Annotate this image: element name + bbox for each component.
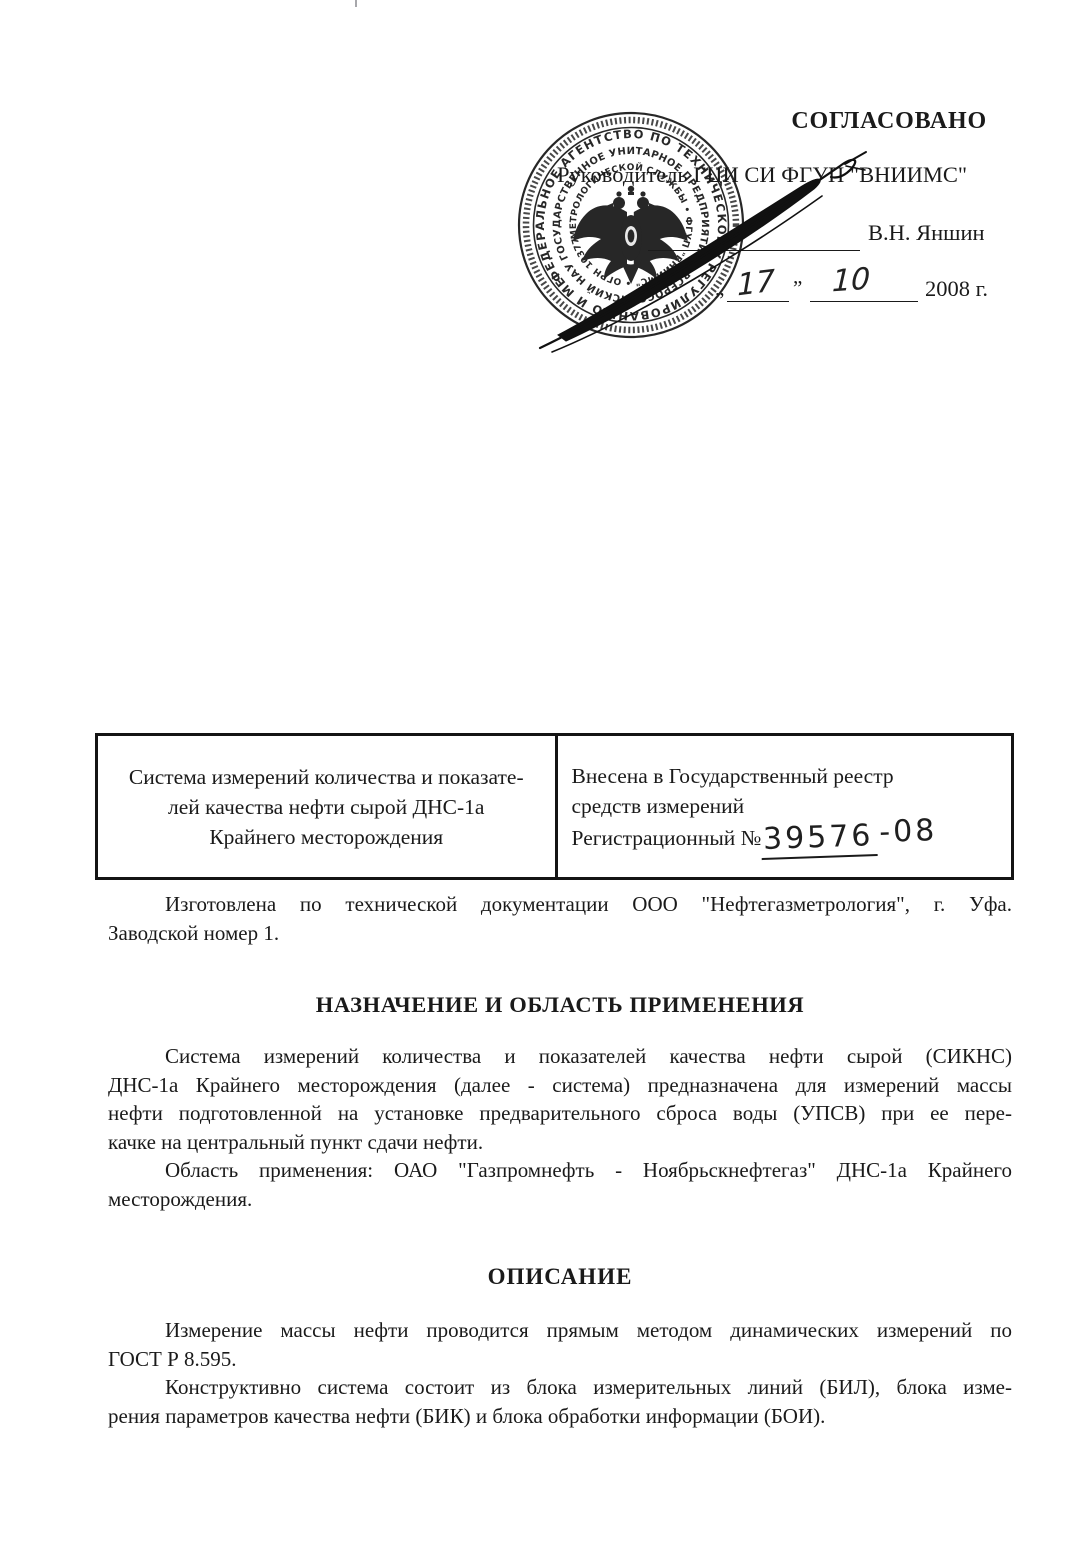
registration-number-label: Регистрационный №: [572, 826, 762, 850]
handwritten-signature: [500, 130, 900, 360]
paragraph-line: Измерение массы нефти проводится прямым …: [108, 1316, 1012, 1345]
handwritten-registration-number: 39576: [761, 818, 879, 860]
paragraph-line: нефти подготовленной на установке предва…: [108, 1099, 1012, 1128]
system-name-line: лей качества нефти сырой ДНС-1а: [114, 792, 539, 822]
registry-entry-cell: Внесена в Государственный реестр средств…: [558, 736, 1011, 877]
paragraph-line: ДНС-1а Крайнего месторождения (далее - с…: [108, 1071, 1012, 1100]
manufactured-paragraph: Изготовлена по технической документации …: [108, 890, 1012, 947]
paragraph-line: Заводской номер 1.: [108, 919, 1012, 948]
paragraph-line: месторождения.: [108, 1185, 1012, 1214]
registry-line: средств измерений: [572, 791, 1007, 821]
handwritten-day: 17: [737, 264, 776, 304]
description-section-heading: ОПИСАНИЕ: [108, 1264, 1012, 1290]
description-section-body: Измерение массы нефти проводится прямым …: [108, 1316, 1012, 1430]
paragraph-line: качке на центральный пункт сдачи нефти.: [108, 1128, 1012, 1157]
system-name-line: Система измерений количества и показате-: [114, 762, 539, 792]
paragraph-line: Область применения: ОАО "Газпромнефть - …: [108, 1156, 1012, 1185]
purpose-section-heading: НАЗНАЧЕНИЕ И ОБЛАСТЬ ПРИМЕНЕНИЯ: [108, 992, 1012, 1018]
paragraph-line: ГОСТ Р 8.595.: [108, 1345, 1012, 1374]
handwritten-registration-suffix: -08: [877, 812, 938, 849]
date-year: 2008 г.: [925, 276, 988, 302]
system-name-line: Крайнего месторождения: [114, 822, 539, 852]
document-page: СОГЛАСОВАНО Руководитель ГЦИ СИ ФГУП "ВН…: [0, 0, 1086, 1560]
registry-line: Внесена в Государственный реестр: [572, 761, 1007, 791]
scan-artifact-tick: [355, 0, 357, 7]
registration-number-line: Регистрационный №39576-08: [572, 821, 1007, 853]
purpose-section-body: Система измерений количества и показател…: [108, 1042, 1012, 1213]
registry-table: Система измерений количества и показате-…: [95, 733, 1014, 880]
handwritten-month: 10: [831, 262, 870, 300]
paragraph-line: Система измерений количества и показател…: [108, 1042, 1012, 1071]
paragraph-line: Изготовлена по технической документации …: [108, 890, 1012, 919]
paragraph-line: Конструктивно система состоит из блока и…: [108, 1373, 1012, 1402]
paragraph-line: рения параметров качества нефти (БИК) и …: [108, 1402, 1012, 1431]
system-name-cell: Система измерений количества и показате-…: [98, 736, 558, 877]
